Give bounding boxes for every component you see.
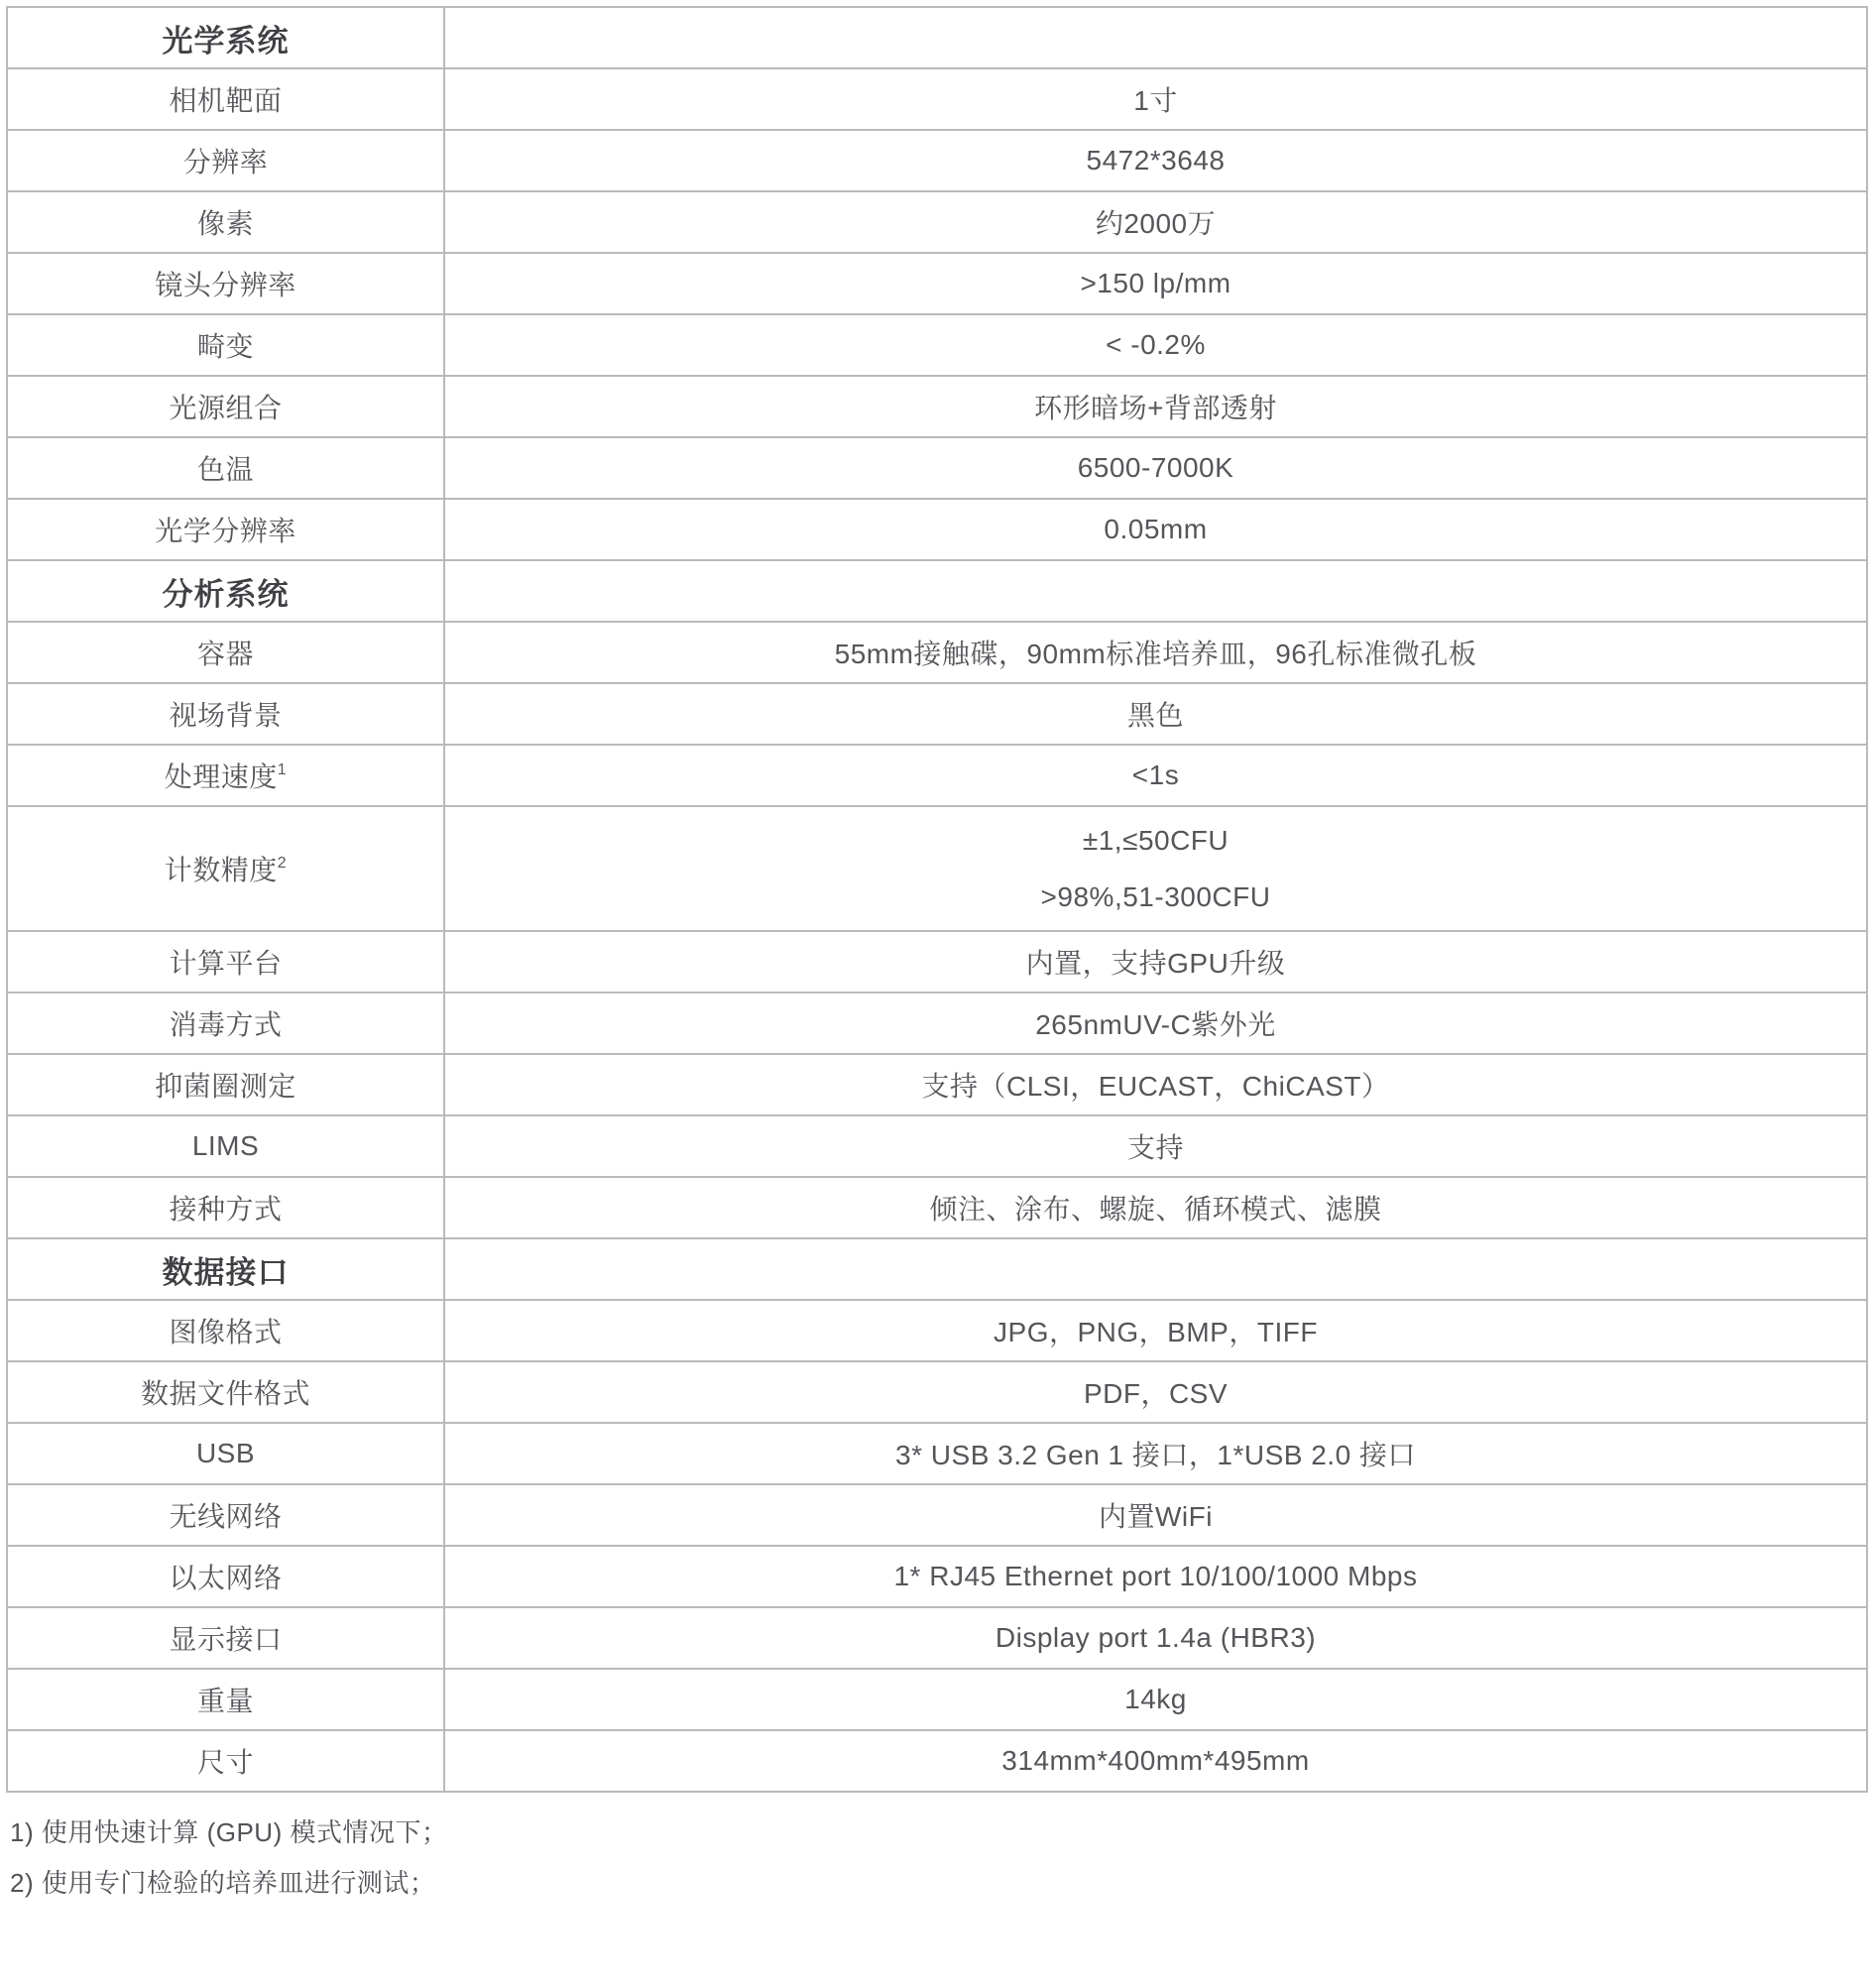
spec-label: 抑菌圈测定: [7, 1054, 444, 1115]
section-empty-cell: [444, 1238, 1867, 1300]
spec-value-line-2: >98%,51-300CFU: [453, 869, 1858, 925]
table-row: USB 3* USB 3.2 Gen 1 接口，1*USB 2.0 接口: [7, 1423, 1867, 1484]
spec-value: 约2000万: [444, 191, 1867, 253]
spec-table: 光学系统 相机靶面 1寸 分辨率 5472*3648 像素 约2000万 镜头分…: [6, 6, 1868, 1793]
spec-label: 计数精度2: [7, 806, 444, 931]
spec-label: 视场背景: [7, 683, 444, 745]
spec-label-text: 计数精度: [165, 855, 278, 885]
spec-value: 3* USB 3.2 Gen 1 接口，1*USB 2.0 接口: [444, 1423, 1867, 1484]
section-row-optical-system: 光学系统: [7, 7, 1867, 68]
spec-label: 接种方式: [7, 1177, 444, 1238]
spec-value: Display port 1.4a (HBR3): [444, 1607, 1867, 1669]
table-row: 尺寸 314mm*400mm*495mm: [7, 1730, 1867, 1792]
spec-value: 265nmUV-C紫外光: [444, 993, 1867, 1054]
table-row: 镜头分辨率 >150 lp/mm: [7, 253, 1867, 314]
spec-value: 1* RJ45 Ethernet port 10/100/1000 Mbps: [444, 1546, 1867, 1607]
section-header-cell: 数据接口: [7, 1238, 444, 1300]
spec-label: 重量: [7, 1669, 444, 1730]
spec-label: 光源组合: [7, 376, 444, 437]
spec-label: 数据文件格式: [7, 1361, 444, 1423]
table-row: 像素 约2000万: [7, 191, 1867, 253]
table-row: 显示接口 Display port 1.4a (HBR3): [7, 1607, 1867, 1669]
spec-value: 0.05mm: [444, 499, 1867, 560]
table-row: 色温 6500-7000K: [7, 437, 1867, 499]
section-header-cell: 光学系统: [7, 7, 444, 68]
section-empty-cell: [444, 7, 1867, 68]
spec-value: JPG，PNG，BMP，TIFF: [444, 1300, 1867, 1361]
spec-value: ±1,≤50CFU >98%,51-300CFU: [444, 806, 1867, 931]
section-title: 光学系统: [163, 24, 290, 58]
spec-value: 内置WiFi: [444, 1484, 1867, 1546]
spec-value: 55mm接触碟，90mm标准培养皿，96孔标准微孔板: [444, 622, 1867, 683]
spec-value: <1s: [444, 745, 1867, 806]
table-row: 光源组合 环形暗场+背部透射: [7, 376, 1867, 437]
table-row: 视场背景 黑色: [7, 683, 1867, 745]
spec-table-body: 光学系统 相机靶面 1寸 分辨率 5472*3648 像素 约2000万 镜头分…: [7, 7, 1867, 1792]
spec-value: 黑色: [444, 683, 1867, 745]
spec-value: PDF，CSV: [444, 1361, 1867, 1423]
table-row: 处理速度1 <1s: [7, 745, 1867, 806]
table-row: 数据文件格式 PDF，CSV: [7, 1361, 1867, 1423]
section-header-cell: 分析系统: [7, 560, 444, 622]
section-title: 数据接口: [163, 1255, 290, 1290]
spec-value-line-1: ±1,≤50CFU: [453, 812, 1858, 869]
spec-label: 尺寸: [7, 1730, 444, 1792]
spec-label: 畸变: [7, 314, 444, 376]
spec-value: 1寸: [444, 68, 1867, 130]
footnote-marker: 1: [278, 761, 287, 778]
table-row: 计算平台 内置，支持GPU升级: [7, 931, 1867, 993]
footnote-1: 1) 使用快速计算 (GPU) 模式情况下；: [10, 1818, 1870, 1848]
spec-label: 镜头分辨率: [7, 253, 444, 314]
spec-value: 支持（CLSI，EUCAST，ChiCAST）: [444, 1054, 1867, 1115]
spec-value: < -0.2%: [444, 314, 1867, 376]
table-row: 以太网络 1* RJ45 Ethernet port 10/100/1000 M…: [7, 1546, 1867, 1607]
spec-value: 环形暗场+背部透射: [444, 376, 1867, 437]
footnote-2: 2) 使用专门检验的培养皿进行测试；: [10, 1869, 1870, 1899]
spec-label: 处理速度1: [7, 745, 444, 806]
spec-label: 图像格式: [7, 1300, 444, 1361]
spec-label: 相机靶面: [7, 68, 444, 130]
footnotes: 1) 使用快速计算 (GPU) 模式情况下； 2) 使用专门检验的培养皿进行测试…: [10, 1818, 1870, 1899]
table-row: 重量 14kg: [7, 1669, 1867, 1730]
spec-value: 内置，支持GPU升级: [444, 931, 1867, 993]
spec-label: 色温: [7, 437, 444, 499]
spec-label: 无线网络: [7, 1484, 444, 1546]
table-row: 抑菌圈测定 支持（CLSI，EUCAST，ChiCAST）: [7, 1054, 1867, 1115]
spec-label: 消毒方式: [7, 993, 444, 1054]
spec-label: 光学分辨率: [7, 499, 444, 560]
table-row: 图像格式 JPG，PNG，BMP，TIFF: [7, 1300, 1867, 1361]
table-row: 接种方式 倾注、涂布、螺旋、循环模式、滤膜: [7, 1177, 1867, 1238]
spec-value: 14kg: [444, 1669, 1867, 1730]
spec-label: 分辨率: [7, 130, 444, 191]
section-empty-cell: [444, 560, 1867, 622]
spec-value: 314mm*400mm*495mm: [444, 1730, 1867, 1792]
spec-value: 支持: [444, 1115, 1867, 1177]
table-row: 无线网络 内置WiFi: [7, 1484, 1867, 1546]
section-row-analysis-system: 分析系统: [7, 560, 1867, 622]
section-row-data-interface: 数据接口: [7, 1238, 1867, 1300]
table-row: 计数精度2 ±1,≤50CFU >98%,51-300CFU: [7, 806, 1867, 931]
table-row: 消毒方式 265nmUV-C紫外光: [7, 993, 1867, 1054]
spec-label: LIMS: [7, 1115, 444, 1177]
footnote-marker: 2: [278, 855, 287, 872]
spec-value: 5472*3648: [444, 130, 1867, 191]
spec-label: 像素: [7, 191, 444, 253]
spec-label-text: 处理速度: [165, 761, 278, 792]
spec-page: 光学系统 相机靶面 1寸 分辨率 5472*3648 像素 约2000万 镜头分…: [0, 0, 1876, 1899]
table-row: 畸变 < -0.2%: [7, 314, 1867, 376]
table-row: 分辨率 5472*3648: [7, 130, 1867, 191]
section-title: 分析系统: [163, 577, 290, 612]
spec-label: 显示接口: [7, 1607, 444, 1669]
table-row: 容器 55mm接触碟，90mm标准培养皿，96孔标准微孔板: [7, 622, 1867, 683]
spec-value: 倾注、涂布、螺旋、循环模式、滤膜: [444, 1177, 1867, 1238]
spec-label: USB: [7, 1423, 444, 1484]
spec-value: 6500-7000K: [444, 437, 1867, 499]
table-row: LIMS 支持: [7, 1115, 1867, 1177]
spec-label: 计算平台: [7, 931, 444, 993]
table-row: 相机靶面 1寸: [7, 68, 1867, 130]
spec-value: >150 lp/mm: [444, 253, 1867, 314]
spec-label: 以太网络: [7, 1546, 444, 1607]
spec-label: 容器: [7, 622, 444, 683]
table-row: 光学分辨率 0.05mm: [7, 499, 1867, 560]
